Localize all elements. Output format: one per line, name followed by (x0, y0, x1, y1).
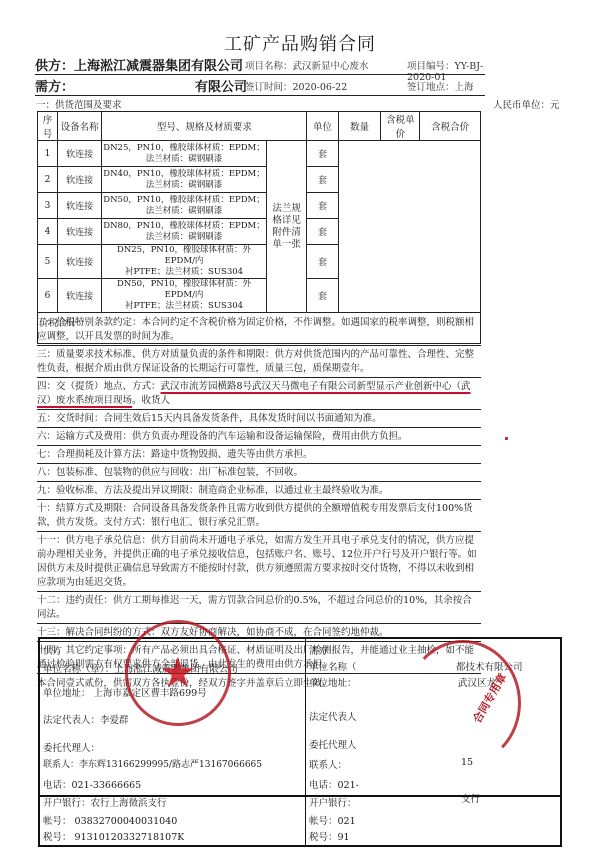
buyer-details: 电话：021- 开户银行： 支行 帐号：021 税号：91 (306, 793, 560, 845)
supplier-tax-id: 税号： 91310120332718107K (43, 829, 184, 841)
header-row-buyer: 需方： 有限公司 签订时间：2020-06-22 签订地点：上海 (35, 75, 485, 96)
currency-unit: 人民币单位：元 (493, 97, 560, 111)
supplier-contact: 联系人：李东辉13166299995/路志严13167066665 (43, 757, 262, 770)
unit: 套 (307, 279, 338, 313)
document-title: 工矿产品购销合同 (0, 30, 600, 56)
unit: 套 (307, 219, 338, 245)
spec-cell: DN25，PN10，橡胶球体材质：EPDM；法兰材质：碳钢刷漆 (102, 141, 266, 167)
unit: 套 (307, 167, 338, 193)
clause-3: 三：质量要求技术标准、供方对质量负责的条件和期限：供方对供货范围内的产品可靠性、… (37, 346, 481, 378)
row-number: 5 (38, 245, 58, 279)
spec-cell: DN80，PN10，橡胶球体材质：EPDM；法兰材质：碳钢刷漆 (102, 219, 266, 245)
equipment-name: 软连接 (57, 245, 101, 279)
supplier-details: 电话：021-33666665 开户银行：农行上海徵浜支行 帐号： 038327… (40, 793, 306, 845)
buyer-agent: 委托代理人 (309, 737, 357, 751)
spec-cell: DN50，PN10，橡胶球体材质：外EPDM/内衬PTFE；法兰材质：SUS30… (102, 279, 266, 313)
col-header: 单位 (307, 112, 338, 141)
contract-page: 工矿产品购销合同 供方：上海淞江减震器集团有限公司 项目名称：武汉新显中心废水 … (0, 0, 600, 851)
equipment-name: 软连接 (57, 279, 101, 313)
buyer-tax-id: 税号：91 (309, 829, 350, 841)
col-header: 设备名称 (57, 112, 101, 141)
col-header: 型号、规格及材质要求 (102, 112, 307, 141)
project-name: 项目名称：武汉新显中心废水 (245, 58, 369, 72)
supplier-phone: 电话：021-33666665 (43, 777, 141, 791)
supplier-bank: 开户银行：农行上海徵浜支行 (43, 795, 167, 809)
equipment-name: 软连接 (57, 167, 101, 193)
sign-place: 签订地点：上海 (407, 79, 474, 93)
supplier-agent: 委托代理人： (43, 740, 100, 754)
clause-7: 七：合理损耗及计算方法：路途中货物毁损、遗失等由供方承担。 (37, 446, 481, 464)
sign-date: 签订时间：2020-06-22 (245, 79, 347, 93)
flange-spec-note: 法兰规格详见附件清单一张 (266, 141, 307, 313)
clause-6: 六：运输方式及费用：供方负责办理设备的汽车运输和设备运输保险，费用由供方负担。 (37, 428, 481, 446)
clause-10: 十：结算方式及期限：合同设备具备发货条件且需方收到供方提供的全额增值税专用发票后… (37, 500, 481, 532)
buyer-company: 单位名称（ (309, 659, 357, 673)
buyer-phone: 电话：021- (309, 777, 359, 791)
clause-11: 十一：供方电子承兑信息：供方目前尚未开通电子承兑，如需方发生开具电子承兑支付的情… (37, 532, 481, 592)
col-header: 数量 (338, 112, 381, 141)
unit: 套 (307, 193, 338, 219)
supplier-legal-rep: 法定代表人：李爱群 (43, 712, 129, 726)
spec-cell: DN25，PN10，橡胶球体材质：外EPDM/内衬PTFE；法兰材质：SUS30… (102, 245, 266, 279)
table-header-row: 序号 设备名称 型号、规格及材质要求 单位 数量 含税单价 含税合价 (38, 112, 481, 141)
spec-cell: DN50，PN10，橡胶球体材质：EPDM；法兰材质：碳钢刷漆 (102, 193, 266, 219)
supplier-address: 单位地址： 上海市嘉定区曹丰路699号 (43, 685, 207, 699)
buyer-company-tail: 都技术有限公司 (456, 659, 523, 673)
supplier-company: 单位名称（章）：上海淞江减震器集团有限公司 (43, 661, 238, 675)
equipment-name: 软连接 (57, 219, 101, 245)
unit: 套 (307, 245, 338, 279)
unit: 套 (307, 141, 338, 167)
table-row: 1软连接DN25，PN10，橡胶球体材质：EPDM；法兰材质：碳钢刷漆法兰规格详… (38, 141, 481, 167)
buyer-label: 需方： (35, 76, 74, 95)
header-row-supplier: 供方：上海淞江减震器集团有限公司 项目名称：武汉新显中心废水 项目编号：YY-B… (35, 54, 485, 75)
buyer-signature: 需方 单位名称（ 都技术有限公司 单位地址： 武汉区龙 法定代表人 委托代理人 … (306, 639, 560, 795)
supplier-heading: 供方 (43, 643, 62, 657)
clause-2: 二：价税特别条款约定：本合同约定不含税价格为固定价格，不作调整。如遇国家的税率调… (37, 314, 481, 346)
buyer-account: 帐号：021 (309, 813, 356, 827)
supplier-account: 帐号： 03832700040031040 (43, 813, 177, 827)
clause-5: 五：交货时间：合同生效后15天内具备发货条件，具体发货时间以书面通知为准。 (37, 410, 481, 428)
buyer-heading: 需方 (309, 643, 328, 657)
equipment-name: 软连接 (57, 141, 101, 167)
row-number: 2 (38, 167, 58, 193)
buyer-bank-tail: 支行 (461, 791, 480, 805)
col-header: 序号 (38, 112, 58, 141)
items-table: 序号 设备名称 型号、规格及材质要求 单位 数量 含税单价 含税合价 1软连接D… (37, 111, 481, 344)
row-number: 4 (38, 219, 58, 245)
clause-8: 八：包装标准、包装物的供应与回收：出厂标准包装，不回收。 (37, 464, 481, 482)
section-1-title: 一：供货范围及要求 (36, 97, 122, 111)
spec-cell: DN40，PN10，橡胶球体材质：EPDM；法兰材质：碳钢刷漆 (102, 167, 266, 193)
row-number: 3 (38, 193, 58, 219)
buyer-bank: 开户银行： (309, 795, 357, 809)
col-header: 含税单价 (381, 112, 420, 141)
buyer-contact-tail: 15 (461, 757, 473, 768)
red-mark (505, 437, 508, 440)
signature-block-lower: 电话：021-33666665 开户银行：农行上海徵浜支行 帐号： 038327… (38, 793, 562, 847)
buyer-address: 单位地址： (309, 675, 357, 689)
buyer-contact: 联系人： (309, 757, 347, 771)
buyer-legal-rep: 法定代表人 (309, 709, 357, 723)
clause-9: 九：验收标准、方法及提出异议期限：制造商企业标准，以通过业主最终验收为准。 (37, 482, 481, 500)
row-number: 6 (38, 279, 58, 313)
redacted-price-area (338, 141, 480, 313)
col-header: 含税合价 (420, 112, 481, 141)
row-number: 1 (38, 141, 58, 167)
supplier-signature: 供方 单位名称（章）：上海淞江减震器集团有限公司 单位地址： 上海市嘉定区曹丰路… (40, 639, 306, 795)
supplier-label: 供方：上海淞江减震器集团有限公司 (35, 55, 243, 74)
clause-4: 四：交（提货）地点、方式：武汉市流芳园横路8号武汉天马微电子有限公司新型显示产业… (37, 378, 481, 410)
equipment-name: 软连接 (57, 193, 101, 219)
buyer-name: 有限公司 (195, 76, 247, 95)
clause-12: 十二：违约责任：供方工期每推迟一天，需方罚款合同总价的0.5%，不超过合同总价的… (37, 592, 481, 624)
